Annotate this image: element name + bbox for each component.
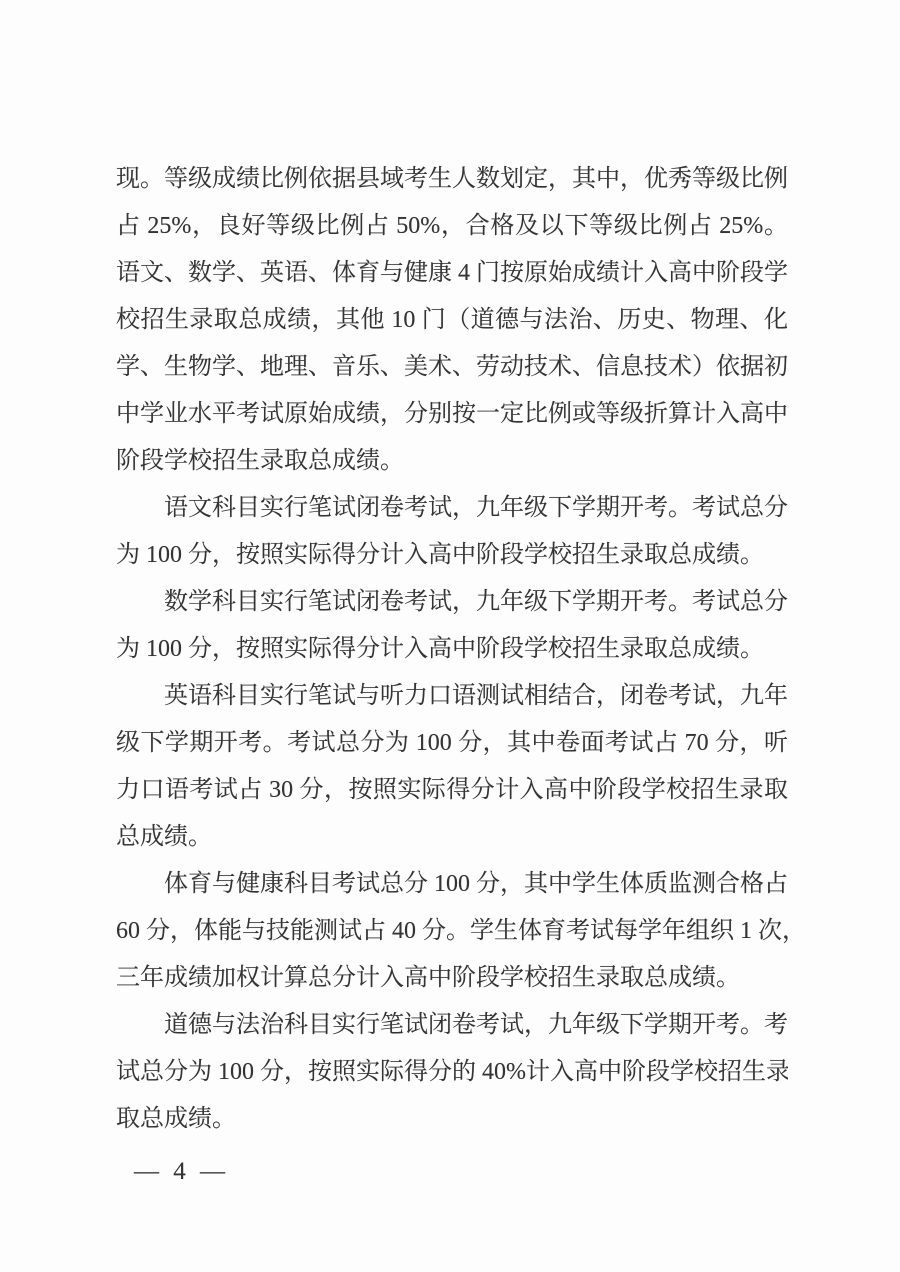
text-line: 试总分为 100 分，按照实际得分的 40%计入高中阶段学校招生录 bbox=[116, 1049, 788, 1096]
text-line: 数学科目实行笔试闭卷考试，九年级下学期开考。考试总分 bbox=[116, 579, 788, 626]
text-line: 占 25%，良好等级比例占 50%，合格及以下等级比例占 25%。 bbox=[116, 203, 788, 250]
text-line: 取总成绩。 bbox=[116, 1096, 788, 1143]
body-text: 现。等级成绩比例依据县域考生人数划定，其中，优秀等级比例 占 25%，良好等级比… bbox=[116, 156, 788, 1143]
page-number: — 4 — bbox=[134, 1158, 229, 1186]
paragraph: 语文科目实行笔试闭卷考试，九年级下学期开考。考试总分 为 100 分，按照实际得… bbox=[116, 485, 788, 579]
text-line: 学、生物学、地理、音乐、美术、劳动技术、信息技术）依据初 bbox=[116, 344, 788, 391]
text-line: 阶段学校招生录取总成绩。 bbox=[116, 438, 788, 485]
text-line: 语文、数学、英语、体育与健康 4 门按原始成绩计入高中阶段学 bbox=[116, 250, 788, 297]
text-line: 总成绩。 bbox=[116, 814, 788, 861]
paragraph: 道德与法治科目实行笔试闭卷考试，九年级下学期开考。考 试总分为 100 分，按照… bbox=[116, 1002, 788, 1143]
text-line: 为 100 分，按照实际得分计入高中阶段学校招生录取总成绩。 bbox=[116, 532, 788, 579]
paragraph: 体育与健康科目考试总分 100 分，其中学生体质监测合格占 60 分，体能与技能… bbox=[116, 861, 788, 1002]
text-line: 60 分，体能与技能测试占 40 分。学生体育考试每学年组织 1 次， bbox=[116, 908, 788, 955]
text-line: 校招生录取总成绩，其他 10 门（道德与法治、历史、物理、化 bbox=[116, 297, 788, 344]
text-line: 中学业水平考试原始成绩，分别按一定比例或等级折算计入高中 bbox=[116, 391, 788, 438]
text-line: 现。等级成绩比例依据县域考生人数划定，其中，优秀等级比例 bbox=[116, 156, 788, 203]
text-line: 级下学期开考。考试总分为 100 分，其中卷面考试占 70 分，听 bbox=[116, 720, 788, 767]
text-line: 道德与法治科目实行笔试闭卷考试，九年级下学期开考。考 bbox=[116, 1002, 788, 1049]
paragraph: 现。等级成绩比例依据县域考生人数划定，其中，优秀等级比例 占 25%，良好等级比… bbox=[116, 156, 788, 485]
text-line: 英语科目实行笔试与听力口语测试相结合，闭卷考试，九年 bbox=[116, 673, 788, 720]
text-line: 为 100 分，按照实际得分计入高中阶段学校招生录取总成绩。 bbox=[116, 626, 788, 673]
text-line: 力口语考试占 30 分，按照实际得分计入高中阶段学校招生录取 bbox=[116, 767, 788, 814]
text-line: 语文科目实行笔试闭卷考试，九年级下学期开考。考试总分 bbox=[116, 485, 788, 532]
text-line: 体育与健康科目考试总分 100 分，其中学生体质监测合格占 bbox=[116, 861, 788, 908]
document-page: 现。等级成绩比例依据县域考生人数划定，其中，优秀等级比例 占 25%，良好等级比… bbox=[0, 0, 900, 1272]
text-line: 三年成绩加权计算总分计入高中阶段学校招生录取总成绩。 bbox=[116, 955, 788, 1002]
paragraph: 数学科目实行笔试闭卷考试，九年级下学期开考。考试总分 为 100 分，按照实际得… bbox=[116, 579, 788, 673]
paragraph: 英语科目实行笔试与听力口语测试相结合，闭卷考试，九年 级下学期开考。考试总分为 … bbox=[116, 673, 788, 861]
